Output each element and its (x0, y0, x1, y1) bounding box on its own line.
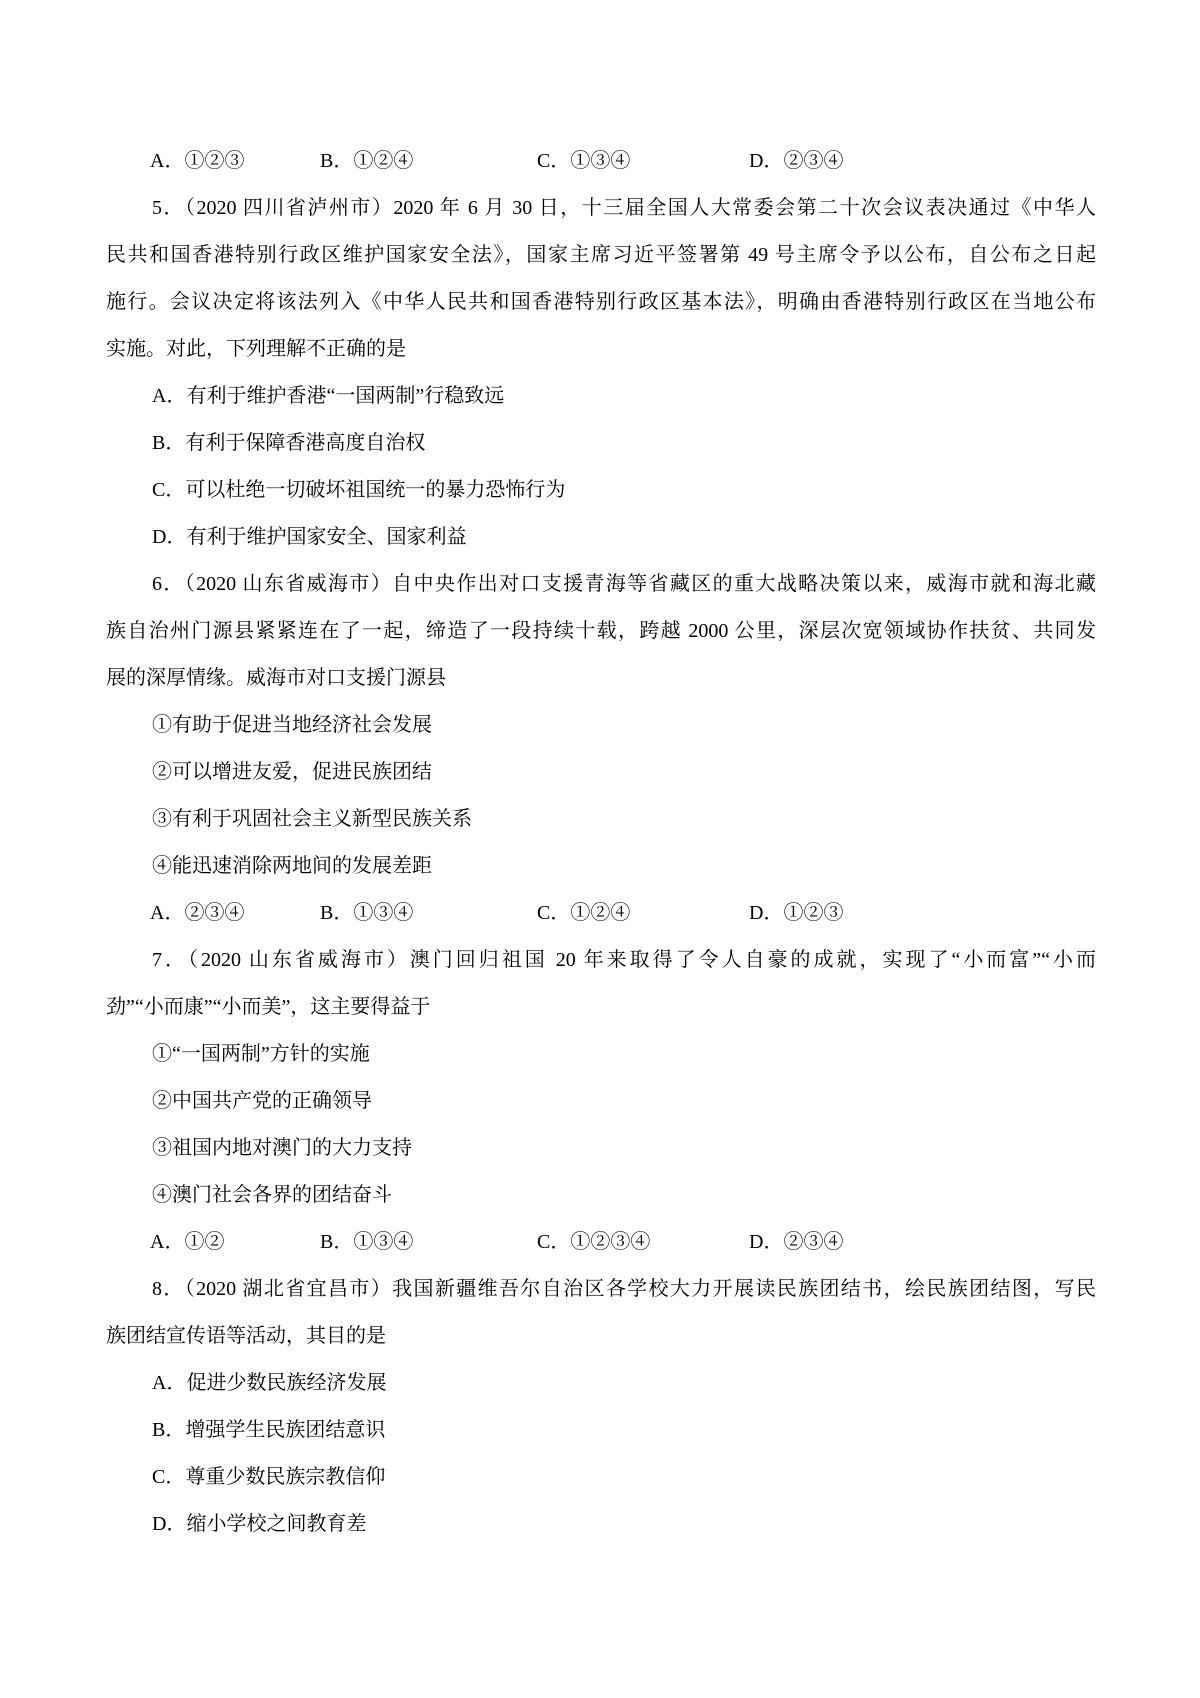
choice-b: B．①③④ (320, 1219, 413, 1266)
choice-b: B．①③④ (320, 890, 413, 937)
choice-d: D．②③④ (749, 1219, 843, 1266)
text-line: ①有助于促进当地经济社会发展 (106, 702, 1096, 749)
text-line: ③祖国内地对澳门的大力支持 (106, 1125, 1096, 1172)
choice-c: C．①③④ (537, 138, 630, 185)
text-line: 实施。对此，下列理解不正确的是 (106, 326, 1096, 373)
text-line: ②中国共产党的正确领导 (106, 1078, 1096, 1125)
text-line: 8．（2020 湖北省宜昌市）我国新疆维吾尔自治区各学校大力开展读民族团结书，绘… (106, 1266, 1096, 1313)
text-line: A．促进少数民族经济发展 (106, 1360, 1096, 1407)
answer-choices-row: A．①②B．①③④C．①②③④D．②③④ (106, 1219, 1096, 1266)
choice-a: A．①② (150, 1219, 224, 1266)
choice-a: A．②③④ (150, 890, 244, 937)
choice-d: D．①②③ (749, 890, 843, 937)
text-line: D．有利于维护国家安全、国家利益 (106, 514, 1096, 561)
text-line: D．缩小学校之间教育差 (106, 1501, 1096, 1548)
text-line: C．可以杜绝一切破坏祖国统一的暴力恐怖行为 (106, 467, 1096, 514)
text-line: 族自治州门源县紧紧连在了一起，缔造了一段持续十载，跨越 2000 公里，深层次宽… (106, 608, 1096, 655)
choice-c: C．①②③④ (537, 1219, 650, 1266)
text-line: ②可以增进友爱，促进民族团结 (106, 749, 1096, 796)
text-line: A．有利于维护香港“一国两制”行稳致远 (106, 373, 1096, 420)
text-line: ③有利于巩固社会主义新型民族关系 (106, 796, 1096, 843)
answer-choices-row: A．②③④B．①③④C．①②④D．①②③ (106, 890, 1096, 937)
choice-a: A．①②③ (150, 138, 244, 185)
text-line: 施行。会议决定将该法列入《中华人民共和国香港特别行政区基本法》，明确由香港特别行… (106, 279, 1096, 326)
text-line: 展的深厚情缘。威海市对口支援门源县 (106, 655, 1096, 702)
text-line: C．尊重少数民族宗教信仰 (106, 1454, 1096, 1501)
choice-b: B．①②④ (320, 138, 413, 185)
text-line: 7．（2020 山东省威海市）澳门回归祖国 20 年来取得了令人自豪的成就，实现… (106, 937, 1096, 984)
text-line: 6．（2020 山东省威海市）自中央作出对口支援青海等省藏区的重大战略决策以来，… (106, 561, 1096, 608)
document-body: A．①②③B．①②④C．①③④D．②③④5．（2020 四川省泸州市）2020 … (106, 138, 1096, 1548)
choice-d: D．②③④ (749, 138, 843, 185)
exam-paper-page: A．①②③B．①②④C．①③④D．②③④5．（2020 四川省泸州市）2020 … (0, 0, 1200, 1698)
answer-choices-row: A．①②③B．①②④C．①③④D．②③④ (106, 138, 1096, 185)
text-line: ④澳门社会各界的团结奋斗 (106, 1172, 1096, 1219)
text-line: B．增强学生民族团结意识 (106, 1407, 1096, 1454)
text-line: 族团结宣传语等活动，其目的是 (106, 1313, 1096, 1360)
choice-c: C．①②④ (537, 890, 630, 937)
text-line: B．有利于保障香港高度自治权 (106, 420, 1096, 467)
text-line: ④能迅速消除两地间的发展差距 (106, 843, 1096, 890)
text-line: ①“一国两制”方针的实施 (106, 1031, 1096, 1078)
text-line: 5．（2020 四川省泸州市）2020 年 6 月 30 日，十三届全国人大常委… (106, 185, 1096, 232)
text-line: 劲”“小而康”“小而美”，这主要得益于 (106, 984, 1096, 1031)
text-line: 民共和国香港特别行政区维护国家安全法》，国家主席习近平签署第 49 号主席令予以… (106, 232, 1096, 279)
